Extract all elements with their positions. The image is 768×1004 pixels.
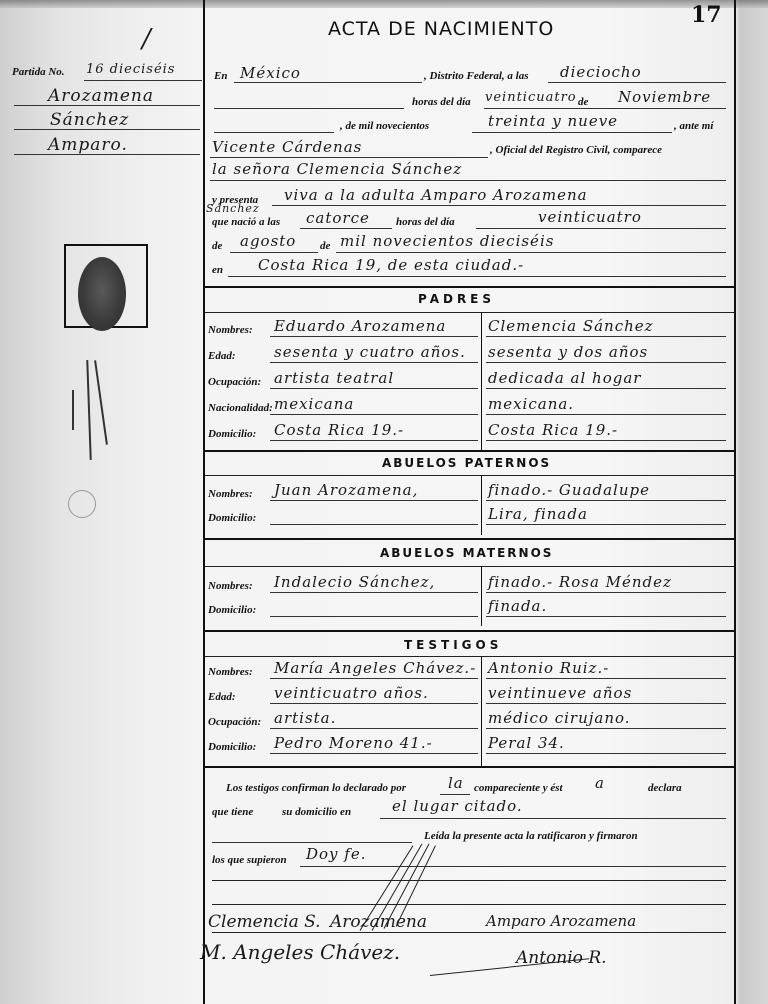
anio-value: treinta y nueve bbox=[488, 112, 618, 130]
row-value-left: Indalecio Sánchez, bbox=[274, 573, 435, 591]
en-label: En bbox=[214, 70, 227, 82]
field-underline bbox=[230, 252, 318, 253]
field-underline bbox=[300, 228, 392, 229]
margin-surname-2: Sánchez bbox=[50, 110, 129, 130]
row-value-left: Eduardo Arozamena bbox=[274, 317, 446, 335]
closing-text-7: los que supieron bbox=[212, 854, 287, 866]
row-value-right: Peral 34. bbox=[488, 734, 565, 752]
row-value-left: Costa Rica 19.- bbox=[274, 421, 404, 439]
field-underline bbox=[440, 794, 470, 795]
de2-label: de bbox=[212, 240, 222, 252]
field-underline bbox=[380, 818, 726, 819]
nacio-mes-value: agosto bbox=[240, 232, 296, 250]
field-underline bbox=[486, 336, 726, 337]
field-underline bbox=[270, 703, 478, 704]
signature-clemencia: Clemencia S. bbox=[208, 912, 321, 932]
horas-label: horas del día bbox=[412, 96, 471, 108]
margin-pen-stroke bbox=[94, 360, 108, 444]
row-label: Edad: bbox=[208, 691, 236, 703]
abuelos-paternos-title: ABUELOS PATERNOS bbox=[382, 456, 551, 470]
column-divider bbox=[481, 475, 482, 535]
row-value-left: veinticuatro años. bbox=[274, 684, 429, 702]
section-rule bbox=[205, 286, 734, 288]
field-underline bbox=[270, 678, 478, 679]
partida-underline bbox=[84, 80, 202, 81]
row-value-right: médico cirujano. bbox=[488, 709, 631, 727]
field-underline bbox=[486, 616, 726, 617]
field-underline bbox=[486, 362, 726, 363]
field-underline bbox=[210, 180, 726, 181]
row-label: Domicilio: bbox=[208, 741, 256, 753]
row-value-right: Clemencia Sánchez bbox=[488, 317, 654, 335]
field-underline bbox=[270, 616, 478, 617]
scan-top-shadow bbox=[0, 0, 768, 8]
field-underline bbox=[270, 592, 478, 593]
section-rule bbox=[205, 538, 734, 540]
row-value-left: mexicana bbox=[274, 395, 354, 413]
row-value-right: sesenta y dos años bbox=[488, 343, 648, 361]
closing-value-1: la bbox=[448, 774, 464, 792]
section-rule bbox=[205, 630, 734, 632]
field-underline bbox=[234, 82, 422, 83]
row-label: Nacionalidad: bbox=[208, 402, 273, 414]
field-underline bbox=[336, 252, 726, 253]
closing-text-4: que tiene bbox=[212, 806, 253, 818]
document-title: ACTA DE NACIMIENTO bbox=[328, 18, 554, 40]
field-underline bbox=[486, 703, 726, 704]
row-value-right: veintinueve años bbox=[488, 684, 632, 702]
signature-m-angeles: M. Angeles Chávez. bbox=[200, 940, 400, 964]
field-underline bbox=[270, 753, 478, 754]
en2-label: en bbox=[212, 264, 223, 276]
row-label: Nombres: bbox=[208, 666, 253, 678]
row-value-left: Juan Arozamena, bbox=[274, 481, 418, 499]
oficial-label: , Oficial del Registro Civil, comparece bbox=[490, 144, 662, 156]
closing-text-3: declara bbox=[648, 782, 682, 794]
abuelos-maternos-title: ABUELOS MATERNOS bbox=[380, 546, 553, 560]
margin-line bbox=[14, 154, 200, 155]
field-underline bbox=[270, 388, 478, 389]
nacio-dia-value: veinticuatro bbox=[538, 208, 642, 226]
field-underline bbox=[476, 228, 726, 229]
row-value-right: Lira, finada bbox=[488, 505, 588, 523]
field-underline bbox=[486, 500, 726, 501]
oficial-value: Vicente Cárdenas bbox=[212, 138, 362, 156]
nacio-hora-value: catorce bbox=[306, 209, 370, 227]
distrito-label: , Distrito Federal, a las bbox=[424, 70, 529, 82]
row-value-left: Pedro Moreno 41.- bbox=[274, 734, 433, 752]
nacio-anio-value: mil novecientos dieciséis bbox=[340, 232, 554, 250]
de-label: de bbox=[578, 96, 588, 108]
row-value-right: Costa Rica 19.- bbox=[488, 421, 618, 439]
row-value-right: dedicada al hogar bbox=[488, 369, 641, 387]
margin-stamp-circle bbox=[68, 490, 96, 518]
column-divider bbox=[481, 566, 482, 626]
field-underline bbox=[486, 728, 726, 729]
blank-line bbox=[212, 842, 412, 843]
section-rule bbox=[205, 450, 734, 452]
mil-novecientos-label: , de mil novecientos bbox=[340, 120, 429, 132]
ante-label: , ante mí bbox=[674, 120, 713, 132]
en-value: México bbox=[240, 64, 301, 82]
field-underline bbox=[270, 414, 478, 415]
nacio-horas-label: horas del día bbox=[396, 216, 455, 228]
blank-line bbox=[214, 132, 334, 133]
field-underline bbox=[210, 157, 488, 158]
row-value-left: artista teatral bbox=[274, 369, 394, 387]
presenta-value: viva a la adulta Amparo Arozamena bbox=[284, 186, 588, 204]
mes-value: Noviembre bbox=[618, 88, 711, 106]
page-number: 17 bbox=[691, 2, 722, 28]
padres-title: PADRES bbox=[418, 292, 495, 306]
row-label: Domicilio: bbox=[208, 512, 256, 524]
field-underline bbox=[272, 205, 726, 206]
doy-fe-value: Doy fe. bbox=[306, 845, 367, 863]
row-label: Nombres: bbox=[208, 324, 253, 336]
section-rule bbox=[205, 656, 734, 657]
row-value-right: finado.- Rosa Méndez bbox=[488, 573, 672, 591]
lugar-value: Costa Rica 19, de esta ciudad.- bbox=[258, 256, 524, 274]
closing-text-5: su domicilio en bbox=[282, 806, 351, 818]
field-underline bbox=[486, 414, 726, 415]
column-divider bbox=[481, 312, 482, 450]
margin-tick-mark: / bbox=[142, 24, 152, 54]
section-rule bbox=[205, 475, 734, 476]
section-rule bbox=[205, 312, 734, 313]
field-underline bbox=[486, 678, 726, 679]
row-label: Ocupación: bbox=[208, 716, 261, 728]
field-underline bbox=[300, 866, 726, 867]
closing-text-6: Leída la presente acta la ratificaron y … bbox=[424, 830, 638, 842]
signature-line bbox=[212, 880, 726, 881]
field-underline bbox=[486, 388, 726, 389]
signature-line bbox=[212, 932, 726, 933]
field-underline bbox=[270, 440, 478, 441]
field-underline bbox=[270, 336, 478, 337]
blank-line bbox=[214, 108, 404, 109]
margin-pen-stroke bbox=[86, 360, 91, 460]
right-border-line bbox=[734, 0, 736, 1004]
signature-arozamena: Arozamena bbox=[330, 912, 427, 932]
row-value-right: finado.- Guadalupe bbox=[488, 481, 650, 499]
margin-pen-stroke bbox=[72, 390, 74, 430]
birth-certificate-page: ACTA DE NACIMIENTO 17 / Partida No. 16 d… bbox=[0, 0, 768, 1004]
partida-label: Partida No. bbox=[12, 66, 65, 78]
margin-divider-line bbox=[203, 0, 205, 1004]
row-value-right: finada. bbox=[488, 597, 547, 615]
hora-value: dieciocho bbox=[560, 63, 642, 81]
field-underline bbox=[486, 440, 726, 441]
row-label: Nombres: bbox=[208, 488, 253, 500]
field-underline bbox=[270, 728, 478, 729]
field-underline bbox=[270, 362, 478, 363]
closing-text-1: Los testigos confirman lo declarado por bbox=[226, 782, 406, 794]
row-label: Ocupación: bbox=[208, 376, 261, 388]
dia-value: veinticuatro bbox=[485, 90, 577, 105]
field-underline bbox=[228, 276, 726, 277]
closing-value-3: el lugar citado. bbox=[392, 797, 523, 815]
margin-line bbox=[14, 129, 200, 130]
row-value-left: María Angeles Chávez.- bbox=[274, 659, 476, 677]
field-underline bbox=[486, 592, 726, 593]
row-value-right: mexicana. bbox=[488, 395, 574, 413]
margin-given-name: Amparo. bbox=[48, 135, 128, 155]
compareciente-value: la señora Clemencia Sánchez bbox=[212, 160, 462, 178]
field-underline bbox=[270, 500, 478, 501]
section-rule bbox=[205, 766, 734, 768]
row-value-left: sesenta y cuatro años. bbox=[274, 343, 466, 361]
fingerprint-impression bbox=[78, 257, 126, 331]
column-divider bbox=[481, 656, 482, 766]
row-value-left: artista. bbox=[274, 709, 336, 727]
presenta-value-continued: Sánchez bbox=[206, 202, 260, 215]
field-underline bbox=[484, 108, 726, 109]
margin-line bbox=[14, 105, 200, 106]
closing-text-2: compareciente y ést bbox=[474, 782, 563, 794]
margin-surname-1: Arozamena bbox=[48, 86, 154, 106]
field-underline bbox=[486, 524, 726, 525]
de3-label: de bbox=[320, 240, 330, 252]
row-label: Domicilio: bbox=[208, 604, 256, 616]
row-label: Edad: bbox=[208, 350, 236, 362]
testigos-title: TESTIGOS bbox=[404, 638, 502, 652]
nacio-label: que nació a las bbox=[212, 216, 280, 228]
row-label: Domicilio: bbox=[208, 428, 256, 440]
row-label: Nombres: bbox=[208, 580, 253, 592]
field-underline bbox=[472, 132, 672, 133]
section-rule bbox=[205, 566, 734, 567]
partida-value: 16 dieciséis bbox=[86, 62, 175, 77]
signature-line bbox=[212, 904, 726, 905]
closing-value-2: a bbox=[595, 774, 605, 792]
field-underline bbox=[270, 524, 478, 525]
field-underline bbox=[486, 753, 726, 754]
row-value-right: Antonio Ruiz.- bbox=[488, 659, 609, 677]
field-underline bbox=[548, 82, 726, 83]
signature-amparo: Amparo Arozamena bbox=[486, 912, 636, 930]
